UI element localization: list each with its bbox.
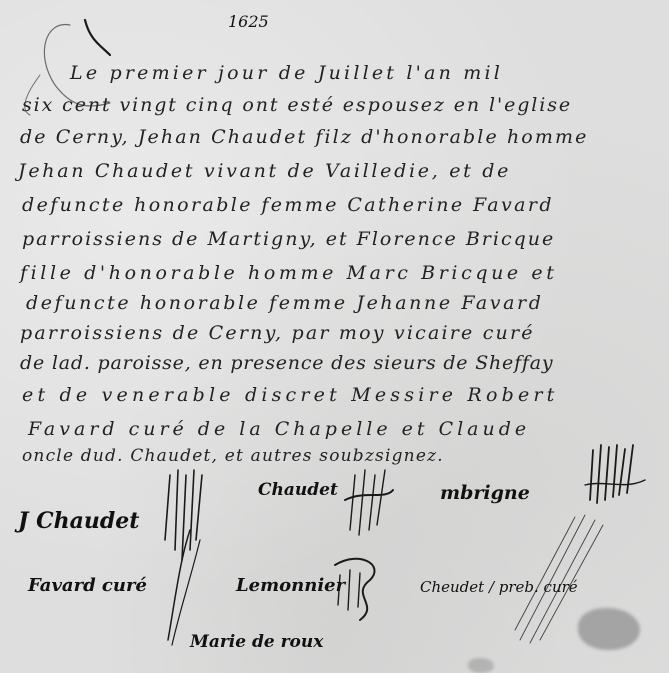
text-line-7: fille d'honorable homme Marc Bricque et xyxy=(20,262,557,284)
signature-favard-cure: Favard curé xyxy=(28,575,147,596)
paraph-flourish-3 xyxy=(585,445,645,515)
text-line-10: de lad. paroisse, en presence des sieurs… xyxy=(20,352,553,374)
signature-chaudet: Chaudet xyxy=(258,480,338,500)
signature-marie-de-roux: Marie de roux xyxy=(190,632,323,652)
signature-j-chaudet: J Chaudet xyxy=(18,508,139,534)
ink-stain-large xyxy=(578,608,640,650)
signature-mbrigne: mbrigne xyxy=(440,482,530,504)
ink-stain-small xyxy=(468,658,494,673)
text-line-8: defuncte honorable femme Jehanne Favard xyxy=(26,292,543,314)
text-line-13: oncle dud. Chaudet, et autres soubzsigne… xyxy=(22,446,444,466)
signature-lemonnier: Lemonnier xyxy=(236,575,345,596)
year-heading: 1625 xyxy=(228,12,269,31)
text-line-5: defuncte honorable femme Catherine Favar… xyxy=(22,194,554,216)
text-line-6: parroissiens de Martigny, et Florence Br… xyxy=(22,228,555,250)
text-line-11: et de venerable discret Messire Robert xyxy=(22,384,559,406)
paraph-flourish-1 xyxy=(160,470,220,650)
text-line-3: de Cerny, Jehan Chaudet filz d'honorable… xyxy=(20,126,588,148)
text-line-4: Jehan Chaudet vivant de Vailledie, et de xyxy=(18,160,511,182)
text-line-1: Le premier jour de Juillet l'an mil xyxy=(70,62,503,84)
text-line-12: Favard curé de la Chapelle et Claude xyxy=(28,418,530,440)
text-line-2: six cent vingt cinq ont esté espousez en… xyxy=(22,94,572,116)
signature-cheudet: Cheudet / preb. curé xyxy=(420,578,578,596)
manuscript-page: 1625 Le premier jour de Juillet l'an mil… xyxy=(0,0,669,673)
text-line-9: parroissiens de Cerny, par moy vicaire c… xyxy=(20,322,535,344)
paraph-flourish-2 xyxy=(345,470,395,550)
